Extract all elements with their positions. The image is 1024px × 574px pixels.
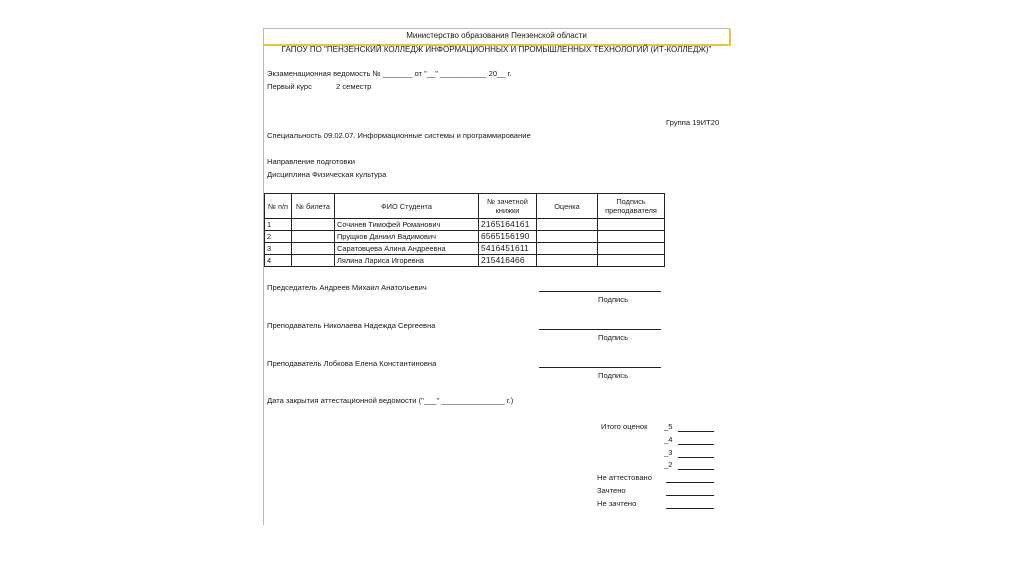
grade-cell (537, 243, 598, 255)
teacher1-signature-caption: Подпись (598, 333, 628, 343)
signature-cell (598, 255, 665, 267)
passed-blank (666, 495, 714, 496)
not-attested-label: Не аттестовано (597, 473, 652, 483)
col-header-number: № п/п (265, 194, 292, 219)
grade-2-blank (678, 469, 714, 470)
teacher2-signature-caption: Подпись (598, 371, 628, 381)
students-table: № п/п № билета ФИО Студента № зачетной к… (264, 193, 665, 267)
signature-cell (598, 243, 665, 255)
teacher1-signature-line (539, 329, 661, 330)
grade-3-label: _3 (664, 448, 672, 458)
table-row: 4Лялина Лариса Игоревна215416466 (265, 255, 665, 267)
col-header-name: ФИО Студента (335, 194, 479, 219)
not-passed-label: Не зачтено (597, 499, 636, 509)
group-label: Группа 19ИТ20 (666, 118, 719, 128)
specialty-label: Специальность 09.02.07. Информационные с… (267, 131, 531, 141)
grade-3-blank (678, 457, 714, 458)
ticket-cell (292, 243, 335, 255)
record-book-cell: 2165164161 (479, 219, 537, 231)
totals-label: Итого оценок (601, 422, 647, 432)
student-name-cell: Прущков Даниил Вадимович (335, 231, 479, 243)
ministry-heading: Министерство образования Пензенской обла… (263, 31, 730, 41)
passed-label: Зачтено (597, 486, 626, 496)
table-row: 2Прущков Даниил Вадимович6565156190 (265, 231, 665, 243)
row-number-cell: 4 (265, 255, 292, 267)
grade-2-label: _2 (664, 460, 672, 470)
grade-cell (537, 231, 598, 243)
row-number-cell: 3 (265, 243, 292, 255)
table-row: 3Саратовцева Алина Андреевна5416451611 (265, 243, 665, 255)
signature-cell (598, 231, 665, 243)
grade-4-label: _4 (664, 435, 672, 445)
col-header-grade: Оценка (537, 194, 598, 219)
student-name-cell: Сочинев Тимофей Романович (335, 219, 479, 231)
not-attested-blank (666, 482, 714, 483)
not-passed-blank (666, 508, 714, 509)
chair-signature-caption: Подпись (598, 295, 628, 305)
table-header-row: № п/п № билета ФИО Студента № зачетной к… (265, 194, 665, 219)
direction-label: Направление подготовки (267, 157, 355, 167)
teacher1-label: Преподаватель Николаева Надежда Сергеевн… (267, 321, 436, 331)
institution-heading: ГАПОУ ПО "ПЕНЗЕНСКИЙ КОЛЛЕДЖ ИНФОРМАЦИОН… (263, 45, 730, 55)
col-header-ticket: № билета (292, 194, 335, 219)
record-book-cell: 5416451611 (479, 243, 537, 255)
student-name-cell: Лялина Лариса Игоревна (335, 255, 479, 267)
grade-5-blank (678, 431, 714, 432)
col-header-book: № зачетной книжки (479, 194, 537, 219)
grade-4-blank (678, 444, 714, 445)
record-book-cell: 6565156190 (479, 231, 537, 243)
grade-cell (537, 255, 598, 267)
page-left-border (263, 28, 264, 525)
closing-date-label: Дата закрытия аттестационной ведомости (… (267, 396, 513, 406)
chair-signature-line (539, 291, 661, 292)
semester-label: 2 семестр (336, 82, 371, 92)
chair-label: Председатель Андреев Михаил Анатольевич (267, 283, 427, 293)
teacher2-signature-line (539, 367, 661, 368)
record-book-cell: 215416466 (479, 255, 537, 267)
ticket-cell (292, 255, 335, 267)
discipline-label: Дисциплина Физическая культура (267, 170, 386, 180)
row-number-cell: 1 (265, 219, 292, 231)
student-name-cell: Саратовцева Алина Андреевна (335, 243, 479, 255)
document-title: Экзаменационная ведомость № _______ от "… (267, 69, 512, 79)
course-label: Первый курс (267, 82, 312, 92)
ticket-cell (292, 231, 335, 243)
grade-cell (537, 219, 598, 231)
teacher2-label: Преподаватель Лобкова Елена Константинов… (267, 359, 436, 369)
grade-5-label: _5 (664, 422, 672, 432)
page-top-border (263, 28, 730, 29)
row-number-cell: 2 (265, 231, 292, 243)
ticket-cell (292, 219, 335, 231)
col-header-signature: Подпись преподавателя (598, 194, 665, 219)
signature-cell (598, 219, 665, 231)
table-row: 1Сочинев Тимофей Романович2165164161 (265, 219, 665, 231)
